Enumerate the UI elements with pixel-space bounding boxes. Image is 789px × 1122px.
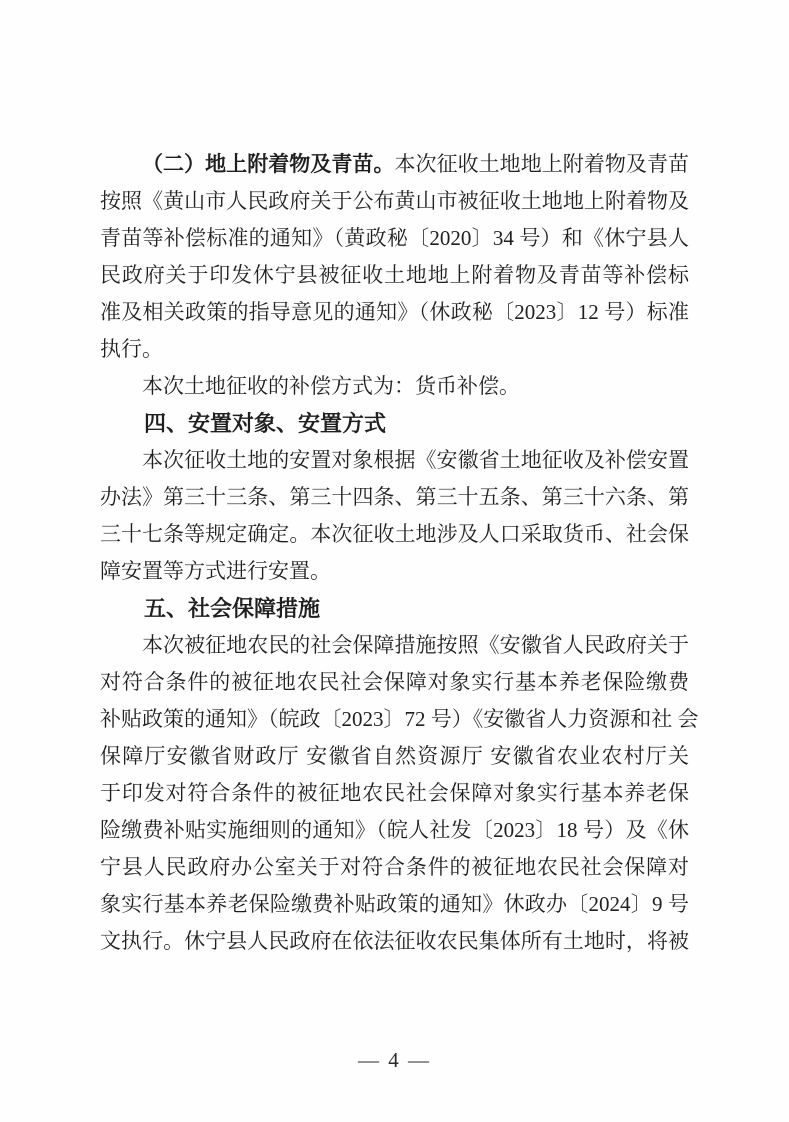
text-line-content: 保障厅安徽省财政厅 安徽省自然资源厅 安徽省农业农村厅关 (100, 744, 689, 768)
text-line-content: 障安置等方式进行安置。 (100, 559, 331, 583)
section-heading-4: 四、安置对象、安置方式 (100, 405, 689, 442)
text-line: 宁县人民政府办公室关于对符合条件的被征地农民社会保障对 (100, 849, 689, 886)
text-line: （二）地上附着物及青苗。本次征收土地地上附着物及青苗 (100, 146, 689, 183)
text-line: 办法》第三十三条、第三十四条、第三十五条、第三十六条、第 (100, 479, 689, 516)
text-line: 青苗等补偿标准的通知》（黄政秘〔2020〕34 号）和《休宁县人 (100, 220, 689, 257)
document-page: （二）地上附着物及青苗。本次征收土地地上附着物及青苗 按照《黄山市人民政府关于公… (0, 0, 789, 1122)
text-line: 准及相关政策的指导意见的通知》（休政秘〔2023〕12 号）标准 (100, 294, 689, 331)
text-line-content: 对符合条件的被征地农民社会保障对象实行基本养老保险缴费 (100, 670, 689, 694)
text-line: 补贴政策的通知》（皖政〔2023〕72 号）《安徽省人力资源和社 会 (100, 701, 689, 738)
text-line: 本次征收土地的安置对象根据《安徽省土地征收及补偿安置 (100, 442, 689, 479)
text-line: 障安置等方式进行安置。 (100, 553, 689, 590)
text-line-content: 准及相关政策的指导意见的通知》（休政秘〔2023〕12 号）标准 (100, 300, 689, 324)
text-line-content: 于印发对符合条件的被征地农民社会保障对象实行基本养老保 (100, 781, 689, 805)
section-heading-label: 五、社会保障措施 (144, 596, 320, 621)
text-line: 险缴费补贴实施细则的通知》（皖人社发〔2023〕18 号）及《休 (100, 812, 689, 849)
text-line: 民政府关于印发休宁县被征收土地地上附着物及青苗等补偿标 (100, 257, 689, 294)
text-line-content: 民政府关于印发休宁县被征收土地地上附着物及青苗等补偿标 (100, 263, 689, 287)
text-line-content: 险缴费补贴实施细则的通知》（皖人社发〔2023〕18 号）及《休 (100, 818, 689, 842)
text-line: 本次土地征收的补偿方式为：货币补偿。 (100, 368, 689, 405)
text-line-content: 青苗等补偿标准的通知》（黄政秘〔2020〕34 号）和《休宁县人 (100, 226, 689, 250)
text-line-content: 执行。 (100, 337, 163, 361)
text-line: 按照《黄山市人民政府关于公布黄山市被征收土地地上附着物及 (100, 183, 689, 220)
document-body: （二）地上附着物及青苗。本次征收土地地上附着物及青苗 按照《黄山市人民政府关于公… (100, 146, 689, 960)
text-line: 三十七条等规定确定。本次征收土地涉及人口采取货币、社会保 (100, 516, 689, 553)
text-line-content: 本次被征地农民的社会保障措施按照《安徽省人民政府关于 (142, 633, 689, 657)
text-line: 本次被征地农民的社会保障措施按照《安徽省人民政府关于 (100, 627, 689, 664)
text-line-content: 按照《黄山市人民政府关于公布黄山市被征收土地地上附着物及 (100, 189, 689, 213)
text-line-content: 象实行基本养老保险缴费补贴政策的通知》休政办〔2024〕9 号 (100, 892, 689, 916)
text-line-content: 办法》第三十三条、第三十四条、第三十五条、第三十六条、第 (100, 485, 689, 509)
text-line-content: 补贴政策的通知》（皖政〔2023〕72 号）《安徽省人力资源和社 会 (100, 707, 699, 731)
section-heading-label: 四、安置对象、安置方式 (144, 411, 386, 436)
page-number: — 4 — (0, 1048, 789, 1073)
text-line: 执行。 (100, 331, 689, 368)
text-line-content: 三十七条等规定确定。本次征收土地涉及人口采取货币、社会保 (100, 522, 689, 546)
text-line: 保障厅安徽省财政厅 安徽省自然资源厅 安徽省农业农村厅关 (100, 738, 689, 775)
text-line-content: 宁县人民政府办公室关于对符合条件的被征地农民社会保障对 (100, 855, 689, 879)
text-line-content: 本次征收土地地上附着物及青苗 (394, 152, 689, 176)
text-line-content: 本次土地征收的补偿方式为：货币补偿。 (142, 374, 520, 398)
section-heading-5: 五、社会保障措施 (100, 590, 689, 627)
text-line-content: 文执行。休宁县人民政府在依法征收农民集体所有土地时，将被 (100, 929, 689, 953)
text-line: 对符合条件的被征地农民社会保障对象实行基本养老保险缴费 (100, 664, 689, 701)
text-line-content: 本次征收土地的安置对象根据《安徽省土地征收及补偿安置 (142, 448, 689, 472)
text-line: 象实行基本养老保险缴费补贴政策的通知》休政办〔2024〕9 号 (100, 886, 689, 923)
paragraph-lead: （二）地上附着物及青苗。 (142, 152, 394, 176)
text-line: 文执行。休宁县人民政府在依法征收农民集体所有土地时，将被 (100, 923, 689, 960)
text-line: 于印发对符合条件的被征地农民社会保障对象实行基本养老保 (100, 775, 689, 812)
